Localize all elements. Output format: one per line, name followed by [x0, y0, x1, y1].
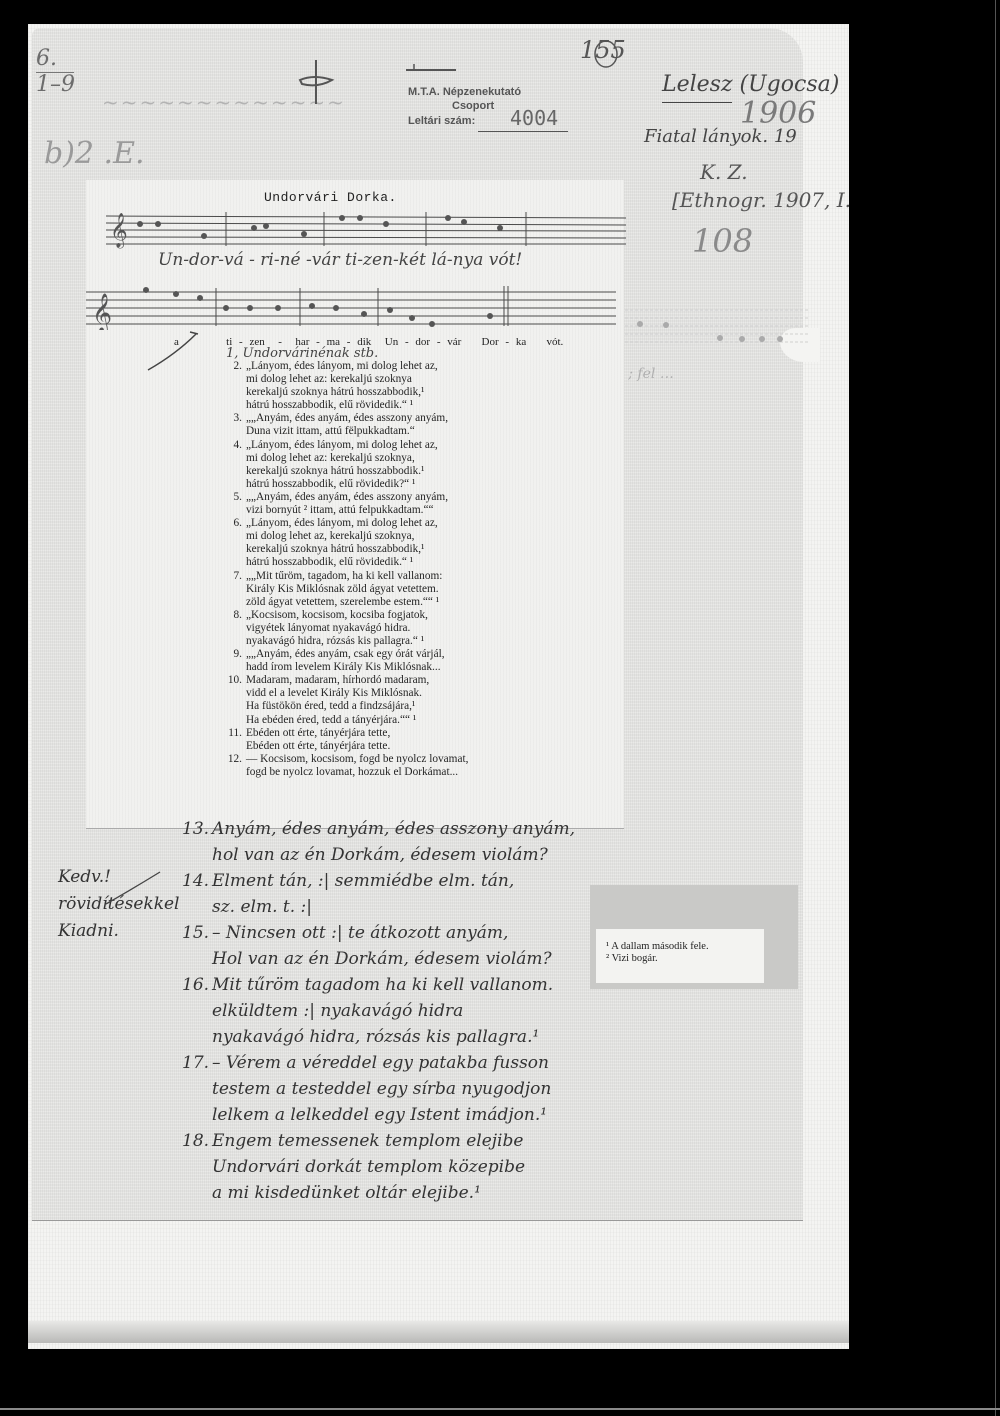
verse-number: 15. [182, 920, 212, 946]
printed-verse-line: fogd be nyolcz lovamat, hozzuk el Dorkám… [226, 766, 468, 779]
printed-verse-line: kerekaljú szoknya hátrú hosszabbodik.¹ [226, 465, 468, 478]
verse-text: Elment tán, :| semmiédbe elm. tán, [212, 871, 514, 891]
verse-text: — Kocsisom, kocsisom, fogd be nyolcz lov… [246, 753, 468, 765]
footnote-1: ¹ A dallam második fele. [606, 941, 709, 952]
handwritten-verse-line: Hol van az én Dorkám, édesem violám? [182, 946, 575, 972]
printed-verse-line: 8.„Kocsisom, kocsisom, kocsiba fogjatok, [226, 609, 468, 622]
verse-text: Undorvári dorkát templom közepibe [212, 1157, 525, 1177]
svg-text:𝄞: 𝄞 [110, 213, 128, 249]
handwritten-verse-line: hol van az én Dorkám, édesem violám? [182, 842, 575, 868]
verse-number: 9. [226, 648, 242, 661]
printed-verse-line: hátrú hosszabbodik, elű rövidedik.“ ¹ [226, 556, 468, 569]
verse-text: vidd el a levelet Király Kis Miklósnak. [246, 687, 422, 699]
handwritten-verses: 13.Anyám, édes anyám, édes asszony anyám… [182, 816, 575, 1206]
verse-text: fogd be nyolcz lovamat, hozzuk el Dorkám… [246, 766, 458, 778]
handwritten-verse-line: lelkem a lelkeddel egy Istent imádjon.¹ [182, 1102, 575, 1128]
handwritten-verse-line: sz. elm. t. :| [182, 894, 575, 920]
printed-verse-line: Ebéden ott érte, tányérjára tette. [226, 740, 468, 753]
verse-number: 8. [226, 609, 242, 622]
verse-number: 13. [182, 816, 212, 842]
verse-number: 11. [226, 727, 242, 740]
handwritten-verse-line: Undorvári dorkát templom közepibe [182, 1154, 575, 1180]
printed-verse-line: nyakavágó hidra, rózsás kis pallagra.“ ¹ [226, 635, 468, 648]
verse-text: hátrú hosszabbodik, elű rövidedik.“ ¹ [246, 399, 413, 411]
verse-text: Mit tűröm tagadom ha ki kell vallanom. [212, 975, 553, 995]
printed-verse-line: 6.„Lányom, édes lányom, mi dolog lehet a… [226, 517, 468, 530]
verse-text: „„Anyám, édes anyám, csak egy órát várjá… [246, 648, 445, 660]
printed-verse-line: 3.„„Anyám, édes anyám, édes asszony anyá… [226, 412, 468, 425]
verse-text: kerekaljú szoknya hátrú hosszabbodik.¹ [246, 465, 424, 477]
verse-text: kerekaljú szoknya hátrú hosszabbodik,¹ [246, 543, 424, 555]
printed-verse-line: kerekaljú szoknya hátrú hosszabbodik,¹ [226, 386, 468, 399]
pencil-slash-mark-icon [146, 330, 206, 374]
place-underline [662, 102, 732, 103]
verse-number: 6. [226, 517, 242, 530]
inventory-number: 4004 [510, 106, 558, 130]
footnote-2: ² Vizi bogár. [606, 953, 658, 964]
syllable: - [437, 336, 441, 348]
document-page: 6. 1–9 ~~~~~~~~~~~~~ b)2 .E. 155 M.T.A. … [28, 24, 849, 1349]
margin-note-pointer-line-icon [104, 868, 164, 908]
page-number-circle-icon [592, 38, 620, 70]
verse-text: Király Kis Miklósnak zöld ágyat vetettem… [246, 583, 439, 595]
handwritten-verse-line: 14.Elment tán, :| semmiédbe elm. tán, [182, 868, 575, 894]
syllable: dor [415, 336, 430, 348]
verse-text: lelkem a lelkeddel egy Istent imádjon.¹ [212, 1105, 547, 1125]
verse-number: 12. [226, 753, 242, 766]
verse-text: Engem temessenek templom elejibe [212, 1131, 523, 1151]
verse-number: 3. [226, 412, 242, 425]
verse-text: vigyétek lányomat nyakavágó hidra. [246, 622, 410, 634]
verse-number: 7. [226, 570, 242, 583]
verse-number: 4. [226, 439, 242, 452]
scan-frame-bottom-line [0, 1408, 1000, 1410]
handwritten-verse-line: 17.– Vérem a véreddel egy patakba fusson [182, 1050, 575, 1076]
singers-note: Fiatal lányok. 19 [644, 126, 797, 147]
verse-text: kerekaljú szoknya hátrú hosszabbodik,¹ [246, 386, 424, 398]
collector-initials: K. Z. [700, 160, 748, 184]
svg-text:𝄞: 𝄞 [92, 293, 112, 330]
item-number: 108 [692, 222, 753, 260]
song-title: Undorvári Dorka. [264, 190, 397, 205]
verse-text: nyakavágó hidra, rózsás kis pallagra.¹ [212, 1027, 539, 1047]
verse-text: testem a testeddel egy sírba nyugodjon [212, 1079, 551, 1099]
printed-verse-line: 2.„Lányom, édes lányom, mi dolog lehet a… [226, 360, 468, 373]
handwritten-verse-line: nyakavágó hidra, rózsás kis pallagra.¹ [182, 1024, 575, 1050]
verse-text: „Lányom, édes lányom, mi dolog lehet az, [246, 439, 438, 451]
music-staff-1: 𝄞 [106, 212, 626, 252]
printed-verse-line: 12.— Kocsisom, kocsisom, fogd be nyolcz … [226, 753, 468, 766]
footnote-paper: ¹ A dallam második fele. ² Vizi bogár. [596, 929, 764, 983]
verse-text: „„Anyám, édes anyám, édes asszony anyám, [246, 412, 448, 424]
printed-verse-line: 5.„„Anyám, édes anyám, édes asszony anyá… [226, 491, 468, 504]
handwritten-verse-line: 18.Engem temessenek templom elejibe [182, 1128, 575, 1154]
syllable: - [405, 336, 409, 348]
verse-number: 5. [226, 491, 242, 504]
printed-verse-line: zöld ágyat vetettem, szerelembe estem.““… [226, 596, 468, 609]
verse-text: mi dolog lehet az: kerekaljú szoknya, [246, 452, 415, 464]
verse-text: „Lányom, édes lányom, mi dolog lehet az, [246, 517, 438, 529]
handwritten-verse-line: elküldtem :| nyakavágó hidra [182, 998, 575, 1024]
page-bottom-shadow [28, 1321, 849, 1343]
printed-verse-line: mi dolog lehet az: kerekaljú szoknya, [226, 452, 468, 465]
stamp-inventory-label: Leltári szám: [408, 115, 475, 127]
printed-verse-line: vizi bornyút ² ittam, attú felpukkadtam.… [226, 504, 468, 517]
verse-text: nyakavágó hidra, rózsás kis pallagra.“ ¹ [246, 635, 424, 647]
bracket-mark-icon [404, 62, 464, 76]
verse-text: „Lányom, édes lányom, mi dolog lehet az, [246, 360, 438, 372]
printed-verse-line: hadd írom levelem Király Kis Miklósnak..… [226, 661, 468, 674]
verse-text: – Vérem a véreddel egy patakba fusson [212, 1053, 549, 1073]
verse-number: 2. [226, 360, 242, 373]
verse-text: mi dolog lehet az: kerekaljú szoknya [246, 373, 412, 385]
side-note: b)2 .E. [44, 136, 145, 171]
verse-text: hadd írom levelem Király Kis Miklósnak..… [246, 661, 441, 673]
verse-text: a mi kisdedünket oltár elejibe.¹ [212, 1183, 481, 1203]
printed-verse-line: 4.„Lányom, édes lányom, mi dolog lehet a… [226, 439, 468, 452]
stamp-institution: M.T.A. Népzenekutató [408, 86, 521, 98]
verse-number: 10. [226, 674, 242, 687]
handwritten-verse-line: 15.– Nincsen ott :| te átkozott anyám, [182, 920, 575, 946]
verse-text: vizi bornyút ² ittam, attú felpukkadtam.… [246, 504, 434, 516]
handwritten-verse-line: a mi kisdedünket oltár elejibe.¹ [182, 1180, 575, 1206]
printed-verses: 2.„Lányom, édes lányom, mi dolog lehet a… [226, 360, 468, 779]
music-staff-2: 𝄞 [86, 284, 624, 330]
printed-verse-line: Duna vizit ittam, attú fëlpukkadtam.“ [226, 425, 468, 438]
shelf-mark-bottom: 1–9 [36, 72, 75, 97]
verse-number: 14. [182, 868, 212, 894]
printed-verse-line: 11.Ebéden ott érte, tányérjára tette, [226, 727, 468, 740]
source-reference: [Ethnogr. 1907, I. [672, 188, 851, 212]
stamp-group: Csoport [452, 100, 494, 112]
verse-text: zöld ágyat vetettem, szerelembe estem.““… [246, 596, 439, 608]
printed-verse-line: Ha füstökön éred, tedd a findzsájára,¹ [226, 700, 468, 713]
verse-text: hátrú hosszabbodik, elű rövidedik?“ ¹ [246, 478, 415, 490]
verse-text: sz. elm. t. :| [212, 897, 312, 917]
printed-verse-line: mi dolog lehet az: kerekaljú szoknya [226, 373, 468, 386]
footnote-slip: ¹ A dallam második fele. ² Vizi bogár. [590, 885, 798, 989]
printed-verse-line: 9.„„Anyám, édes anyám, csak egy órát vár… [226, 648, 468, 661]
verse-text: elküldtem :| nyakavágó hidra [212, 1001, 463, 1021]
verse-text: Ha füstökön éred, tedd a findzsájára,¹ [246, 700, 415, 712]
printed-verse-line: 10.Madaram, madaram, hírhordó madaram, [226, 674, 468, 687]
syllable: - [505, 336, 509, 348]
stamp-underline [478, 131, 568, 132]
syllable: vót. [546, 336, 563, 348]
syllable: vár [447, 336, 461, 348]
verse-text: Duna vizit ittam, attú fëlpukkadtam.“ [246, 425, 415, 437]
verse-text: mi dolog lehet az, kerekaljú szoknya, [246, 530, 414, 542]
verse-text: Hol van az én Dorkám, édesem violám? [212, 949, 552, 969]
printed-verse-line: 7.„„Mit tűröm, tagadom, ha ki kell valla… [226, 570, 468, 583]
verse-text: hátrú hosszabbodik, elű rövidedik.“ ¹ [246, 556, 413, 568]
verse-text: „Kocsisom, kocsisom, kocsiba fogjatok, [246, 609, 428, 621]
verse-text: hol van az én Dorkám, édesem violám? [212, 845, 548, 865]
syllable: Un [385, 336, 398, 348]
printed-verse-line: vidd el a levelet Király Kis Miklósnak. [226, 687, 468, 700]
printed-verse-line: hátrú hosszabbodik, elű rövidedik.“ ¹ [226, 399, 468, 412]
handwritten-verse-line: 13.Anyám, édes anyám, édes asszony anyám… [182, 816, 575, 842]
printed-verse-line: Ha ebéden éred, tedd a tányérjára.““ ¹ [226, 714, 468, 727]
syllable: Dor [482, 336, 499, 348]
handwritten-verse-line: 16.Mit tűröm tagadom ha ki kell vallanom… [182, 972, 575, 998]
verse-text: Ebéden ott érte, tányérjára tette, [246, 727, 390, 739]
shelf-mark-top: 6. [36, 46, 57, 71]
verse-text: Anyám, édes anyám, édes asszony anyám, [212, 819, 575, 839]
verse-number: 17. [182, 1050, 212, 1076]
verse-text: „„Anyám, édes anyám, édes asszony anyám, [246, 491, 448, 503]
verse-text: – Nincsen ott :| te átkozott anyám, [212, 923, 508, 943]
cross-mark-icon [296, 58, 336, 108]
margin-note-line: Kiadni. [58, 918, 180, 945]
collection-place: Lelesz (Ugocsa) [662, 72, 839, 97]
staff-1-lyrics: Un-dor-vá - ri-né -vár ti-zen-két lá-nya… [158, 250, 522, 270]
verse-number: 16. [182, 972, 212, 998]
verse-1-handwritten: 1, Undorvárinénak stb. [226, 346, 378, 361]
printed-verse-line: hátrú hosszabbodik, elű rövidedik?“ ¹ [226, 478, 468, 491]
printed-verse-line: Király Kis Miklósnak zöld ágyat vetettem… [226, 583, 468, 596]
syllable: ka [516, 336, 526, 348]
handwritten-verse-line: testem a testeddel egy sírba nyugodjon [182, 1076, 575, 1102]
scan-frame-edge [995, 0, 996, 1416]
archive-card: 6. 1–9 ~~~~~~~~~~~~~ b)2 .E. 155 M.T.A. … [32, 28, 803, 1221]
verse-text: Madaram, madaram, hírhordó madaram, [246, 674, 429, 686]
printed-verse-line: mi dolog lehet az, kerekaljú szoknya, [226, 530, 468, 543]
verse-text: Ebéden ott érte, tányérjára tette. [246, 740, 390, 752]
printed-verse-line: vigyétek lányomat nyakavágó hidra. [226, 622, 468, 635]
printed-clipping: Undorvári Dorka. 𝄞 Un-dor-vá - ri-né -vá… [86, 180, 624, 829]
verse-text: Ha ebéden éred, tedd a tányérjára.““ ¹ [246, 714, 416, 726]
verse-text: „„Mit tűröm, tagadom, ha ki kell vallano… [246, 570, 442, 582]
verse-number: 18. [182, 1128, 212, 1154]
printed-verse-line: kerekaljú szoknya hátrú hosszabbodik,¹ [226, 543, 468, 556]
